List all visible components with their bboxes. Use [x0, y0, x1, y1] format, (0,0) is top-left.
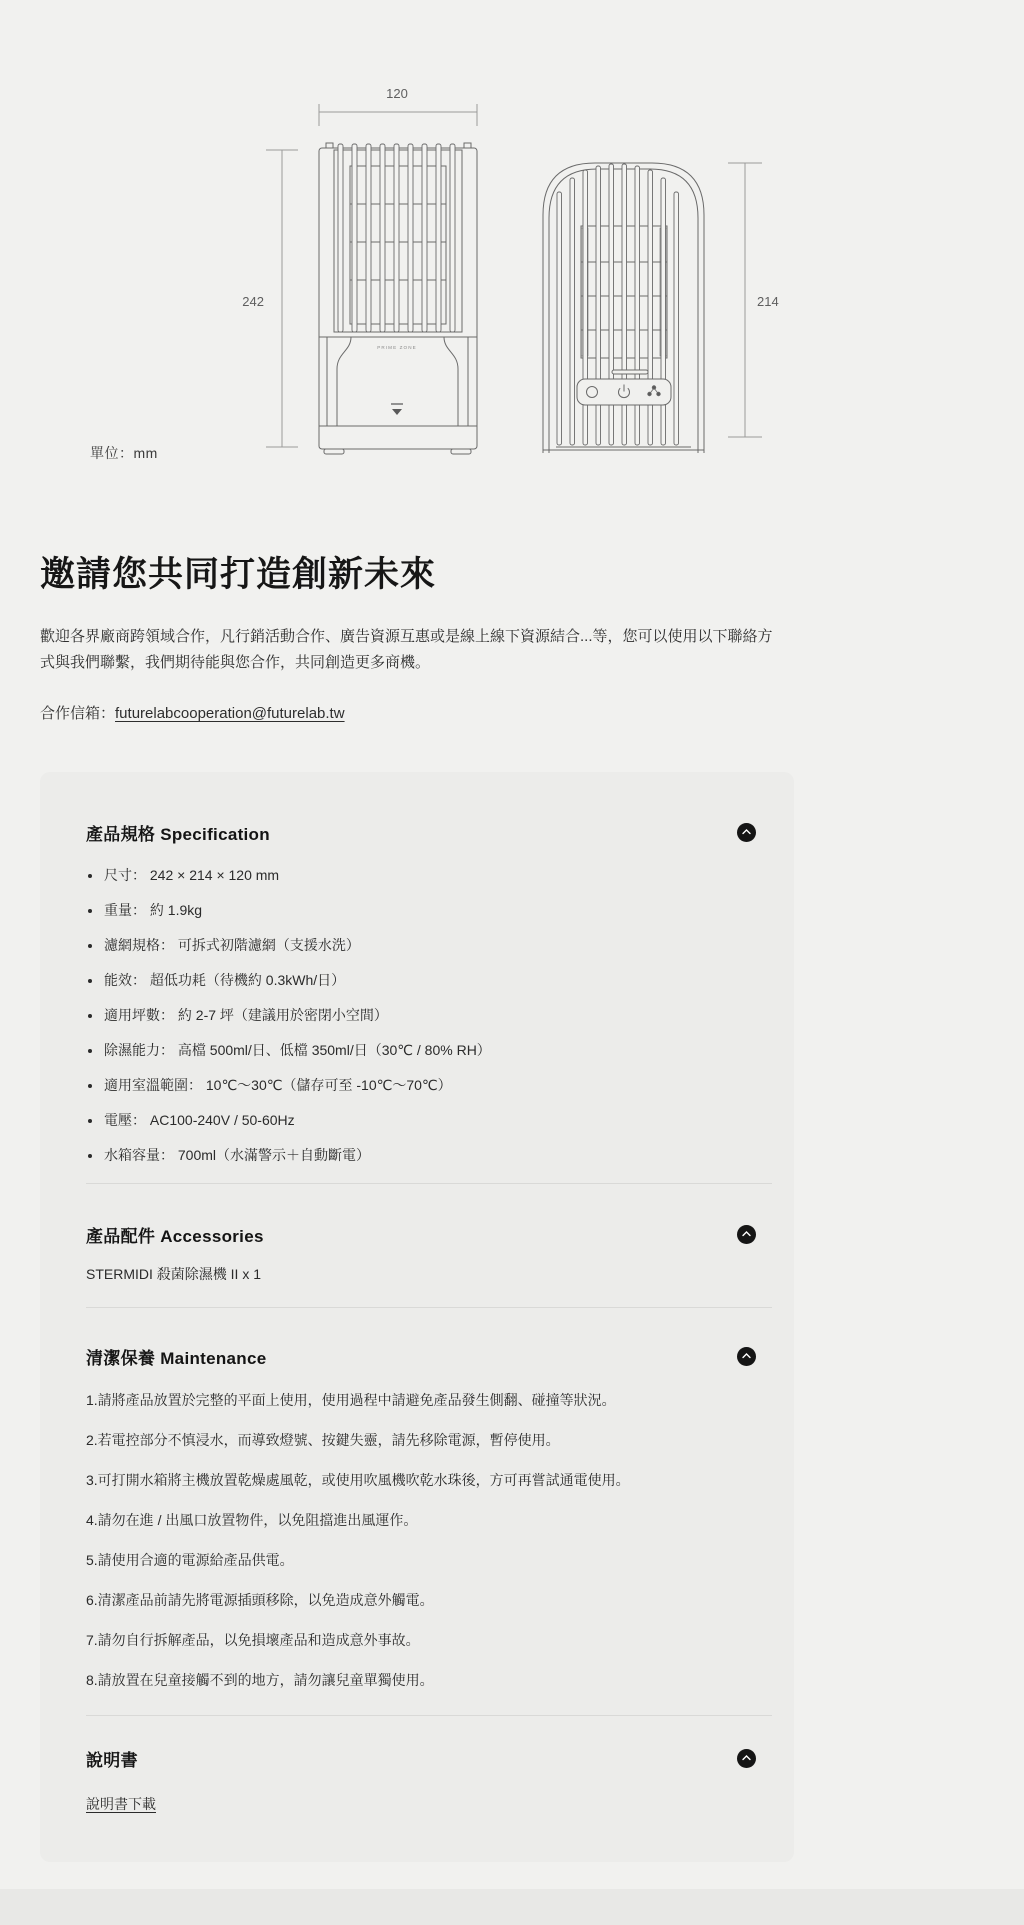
section-divider: [86, 1183, 772, 1184]
spec-item: 適用坪數： 約 2-7 坪（建議用於密閉小空間）: [88, 998, 756, 1033]
contact-line: 合作信箱：futurelabcooperation@futurelab.tw: [40, 702, 345, 723]
maintenance-item: 1.請將產品放置於完整的平面上使用，使用過程中請避免產品發生側翻、碰撞等狀況。: [86, 1390, 756, 1410]
dim-width-label: 120: [386, 86, 408, 101]
spec-item: 重量： 約 1.9kg: [88, 893, 756, 928]
maintenance-list: 1.請將產品放置於完整的平面上使用，使用過程中請避免產品發生側翻、碰撞等狀況。 …: [86, 1390, 756, 1690]
front-view-drawing: PRIME ZONE: [319, 143, 477, 454]
spec-item: 水箱容量： 700ml（水滿警示＋自動斷電）: [88, 1138, 756, 1173]
maintenance-item: 2.若電控部分不慎浸水，而導致燈號、按鍵失靈，請先移除電源，暫停使用。: [86, 1430, 756, 1450]
section-divider: [86, 1715, 772, 1716]
spec-list: 尺寸： 242 × 214 × 120 mm 重量： 約 1.9kg 濾網規格：…: [86, 858, 756, 1173]
maintenance-collapse-button[interactable]: [737, 1347, 756, 1366]
side-view-drawing: [543, 163, 704, 453]
spec-item: 能效： 超低功耗（待機約 0.3kWh/日）: [88, 963, 756, 998]
spec-item: 適用室溫範圍： 10℃～30℃（儲存可至 -10℃～70℃）: [88, 1068, 756, 1103]
maintenance-item: 3.可打開水箱將主機放置乾燥處風乾，或使用吹風機吹乾水珠後，方可再嘗試通電使用。: [86, 1470, 756, 1490]
contact-label: 合作信箱：: [40, 705, 115, 722]
contact-email-link[interactable]: futurelabcooperation@futurelab.tw: [115, 705, 345, 722]
next-section-strip: [0, 1889, 1024, 1925]
drain-arrow-icon: [392, 409, 402, 415]
accessories-collapse-button[interactable]: [737, 1225, 756, 1244]
intro-paragraph: 歡迎各界廠商跨領域合作，凡行銷活動合作、廣告資源互惠或是線上線下資源結合...等…: [40, 624, 784, 676]
unit-label: 單位：mm: [90, 443, 158, 463]
maintenance-item: 4.請勿在進 / 出風口放置物件，以免阻擋進出風運作。: [86, 1510, 756, 1530]
maintenance-item: 6.清潔產品前請先將電源插頭移除，以免造成意外觸電。: [86, 1590, 756, 1610]
maintenance-item: 8.請放置在兒童接觸不到的地方，請勿讓兒童單獨使用。: [86, 1670, 756, 1690]
chevron-up-icon: [742, 1353, 751, 1359]
accessories-section-title: 產品配件 Accessories: [86, 1222, 264, 1247]
manual-section-header[interactable]: 說明書: [86, 1746, 756, 1770]
maintenance-section-title: 清潔保養 Maintenance: [86, 1344, 267, 1369]
product-info-card: 產品規格 Specification 尺寸： 242 × 214 × 120 m…: [40, 772, 794, 1862]
brand-text: PRIME ZONE: [377, 345, 417, 350]
spec-item: 尺寸： 242 × 214 × 120 mm: [88, 858, 756, 893]
spec-item: 濾網規格： 可拆式初階濾網（支援水洗）: [88, 928, 756, 963]
accessories-section-header[interactable]: 產品配件 Accessories: [86, 1222, 756, 1246]
chevron-up-icon: [742, 1755, 751, 1761]
chevron-up-icon: [742, 829, 751, 835]
chevron-up-icon: [742, 1231, 751, 1237]
maintenance-item: 7.請勿自行拆解產品，以免損壞產品和造成意外事故。: [86, 1630, 756, 1650]
spec-section-header[interactable]: 產品規格 Specification: [86, 820, 756, 844]
product-technical-drawing: PRIME ZONE: [0, 0, 1024, 470]
manual-section-title: 說明書: [86, 1746, 138, 1771]
dim-height-side-label: 214: [757, 294, 779, 309]
control-panel: [577, 379, 671, 405]
dim-height-front-label: 242: [242, 294, 264, 309]
product-page: { "colors": { "page_bg": "#f1f1ef", "car…: [0, 0, 1024, 1925]
section-divider: [86, 1307, 772, 1308]
spec-collapse-button[interactable]: [737, 823, 756, 842]
spec-item: 電壓： AC100-240V / 50-60Hz: [88, 1103, 756, 1138]
spec-item: 除濕能力： 高檔 500ml/日、低檔 350ml/日（30℃ / 80% RH…: [88, 1033, 756, 1068]
manual-download-link[interactable]: 說明書下載: [86, 1796, 156, 1812]
manual-collapse-button[interactable]: [737, 1749, 756, 1768]
spec-section-title: 產品規格 Specification: [86, 820, 270, 845]
accessories-item: STERMIDI 殺菌除濕機 II x 1: [86, 1264, 756, 1284]
page-title: 邀請您共同打造創新未來: [40, 547, 436, 597]
maintenance-item: 5.請使用合適的電源給產品供電。: [86, 1550, 756, 1570]
maintenance-section-header[interactable]: 清潔保養 Maintenance: [86, 1344, 756, 1368]
